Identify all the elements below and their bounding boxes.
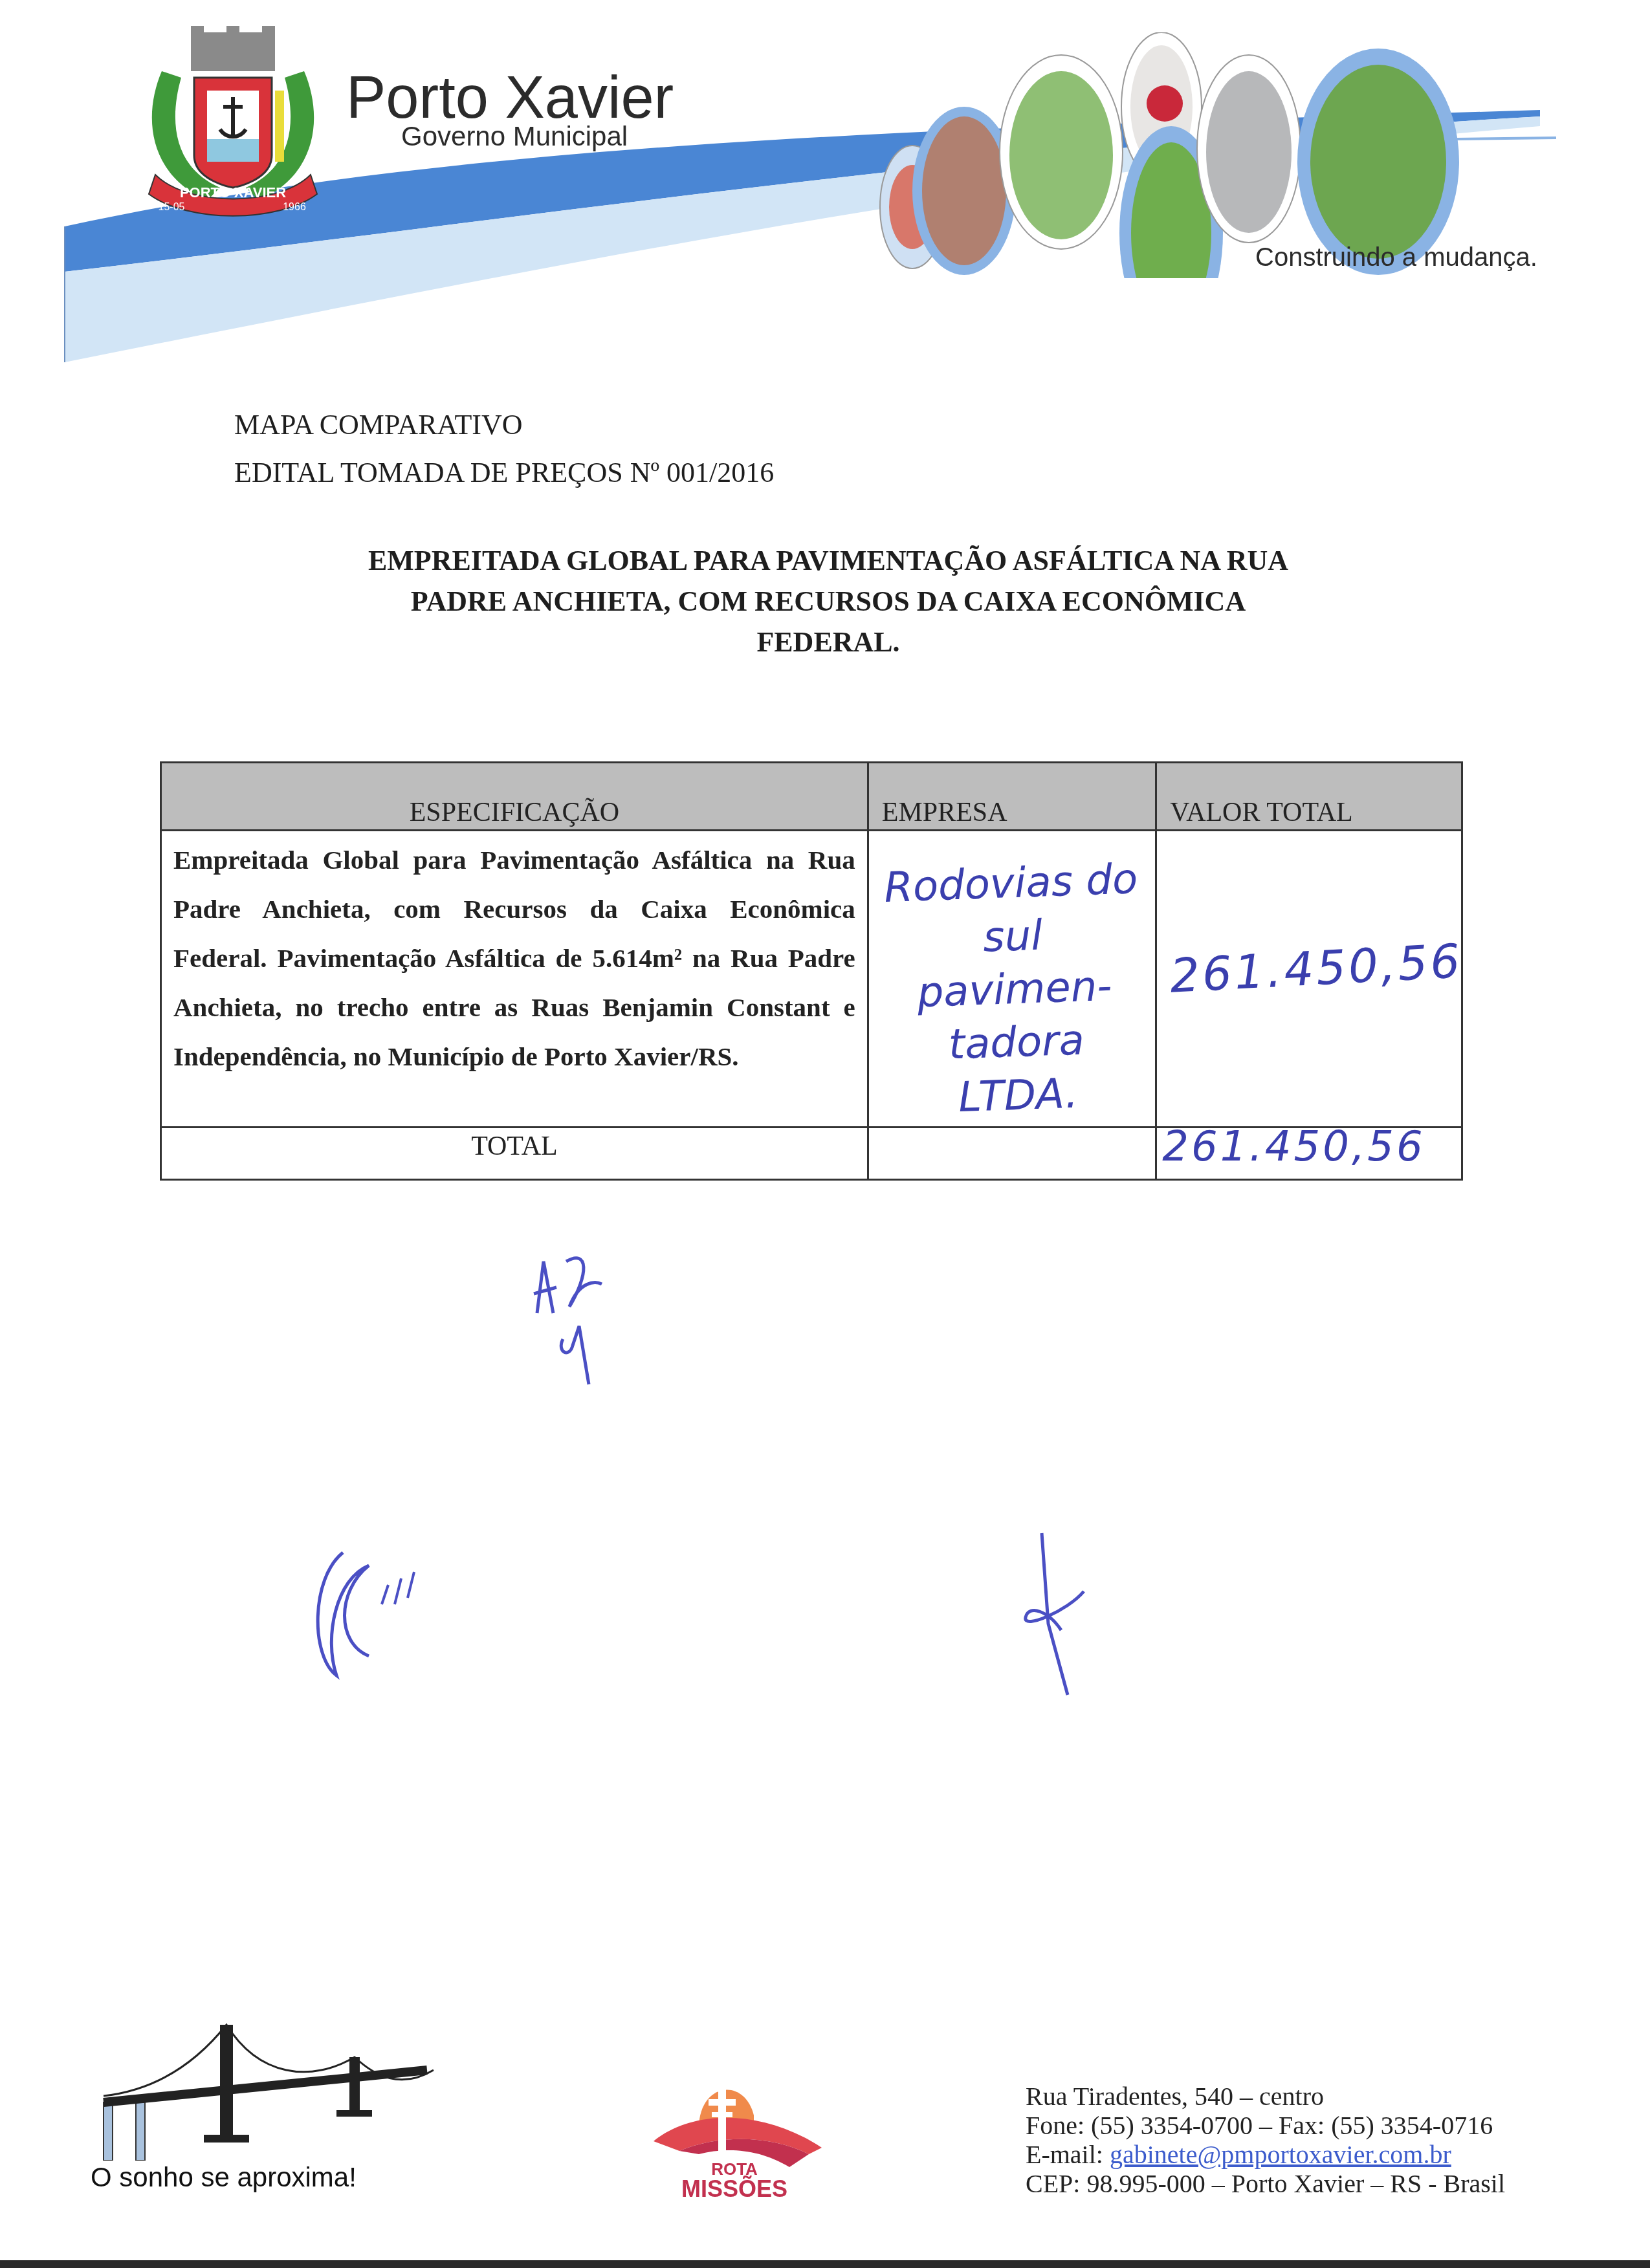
header-photo-circles [841,32,1592,278]
table-header-row: ESPECIFICAÇÃO EMPRESA VALOR TOTAL [161,763,1462,831]
svg-text:PORTO XAVIER: PORTO XAVIER [180,184,286,201]
table-row: Empreitada Global para Pavimentação Asfá… [161,831,1462,1128]
handwritten-company-name: Rodovias do sul pavimen- tadora LTDA. [877,853,1152,1127]
total-empresa-cell [868,1128,1156,1180]
svg-text:15-05: 15-05 [159,202,185,213]
email-link[interactable]: gabinete@pmportoxavier.com.br [1110,2140,1451,2169]
svg-text:MISSÕES: MISSÕES [681,2175,787,2199]
handwritten-total-value: 261.450,56 [1162,1123,1425,1171]
signature-rubrica-right-icon [996,1520,1126,1708]
municipality-subtitle: Governo Municipal [401,123,628,150]
bridge-slogan: O sonho se aproxima! [91,2164,357,2191]
column-header-especificacao: ESPECIFICAÇÃO [161,763,868,831]
handwritten-value: 261.450,56 [1169,933,1464,1003]
municipal-crest-logo: PORTO XAVIER 15-05 1966 [136,26,330,226]
header-slogan: Construindo a mudança. [1255,245,1537,270]
empresa-cell: Rodovias do sul pavimen- tadora LTDA. [868,831,1156,1128]
total-label: TOTAL [161,1128,868,1180]
total-valor-cell: 261.450,56 [1156,1128,1462,1180]
footer-email-line: E-mail: gabinete@pmportoxavier.com.br [1026,2140,1505,2169]
document-title-line: EDITAL TOMADA DE PREÇOS Nº 001/2016 [234,449,774,497]
rota-missoes-logo: ROTA MISSÕES [641,2070,828,2199]
column-header-valor-total: VALOR TOTAL [1156,763,1462,831]
especificacao-cell: Empreitada Global para Pavimentação Asfá… [161,831,868,1128]
document-title: MAPA COMPARATIVO EDITAL TOMADA DE PREÇOS… [234,401,774,497]
subject-line: FEDERAL. [194,622,1462,662]
footer-cep: CEP: 98.995-000 – Porto Xavier – RS - Br… [1026,2169,1505,2198]
footer-address: Rua Tiradentes, 540 – centro [1026,2082,1505,2111]
signature-rubrica-left-icon [298,1527,459,1695]
footer-contact-block: Rua Tiradentes, 540 – centro Fone: (55) … [1026,2082,1505,2198]
bridge-illustration-icon [65,2018,440,2161]
valor-total-cell: 261.450,56 [1156,831,1462,1128]
document-title-line: MAPA COMPARATIVO [234,401,774,449]
document-subject: EMPREITADA GLOBAL PARA PAVIMENTAÇÃO ASFÁ… [194,540,1462,662]
table-total-row: TOTAL 261.450,56 [161,1128,1462,1180]
municipality-title: Porto Xavier [346,68,674,127]
footer-phone: Fone: (55) 3354-0700 – Fax: (55) 3354-07… [1026,2111,1505,2140]
column-header-empresa: EMPRESA [868,763,1156,831]
subject-line: EMPREITADA GLOBAL PARA PAVIMENTAÇÃO ASFÁ… [194,540,1462,581]
subject-line: PADRE ANCHIETA, COM RECURSOS DA CAIXA EC… [194,581,1462,622]
signature-initials-icon [518,1236,647,1443]
comparative-table: ESPECIFICAÇÃO EMPRESA VALOR TOTAL Emprei… [160,761,1463,1181]
svg-text:1966: 1966 [283,202,306,213]
scan-edge-bar [0,2260,1650,2268]
email-label: E-mail: [1026,2140,1110,2169]
